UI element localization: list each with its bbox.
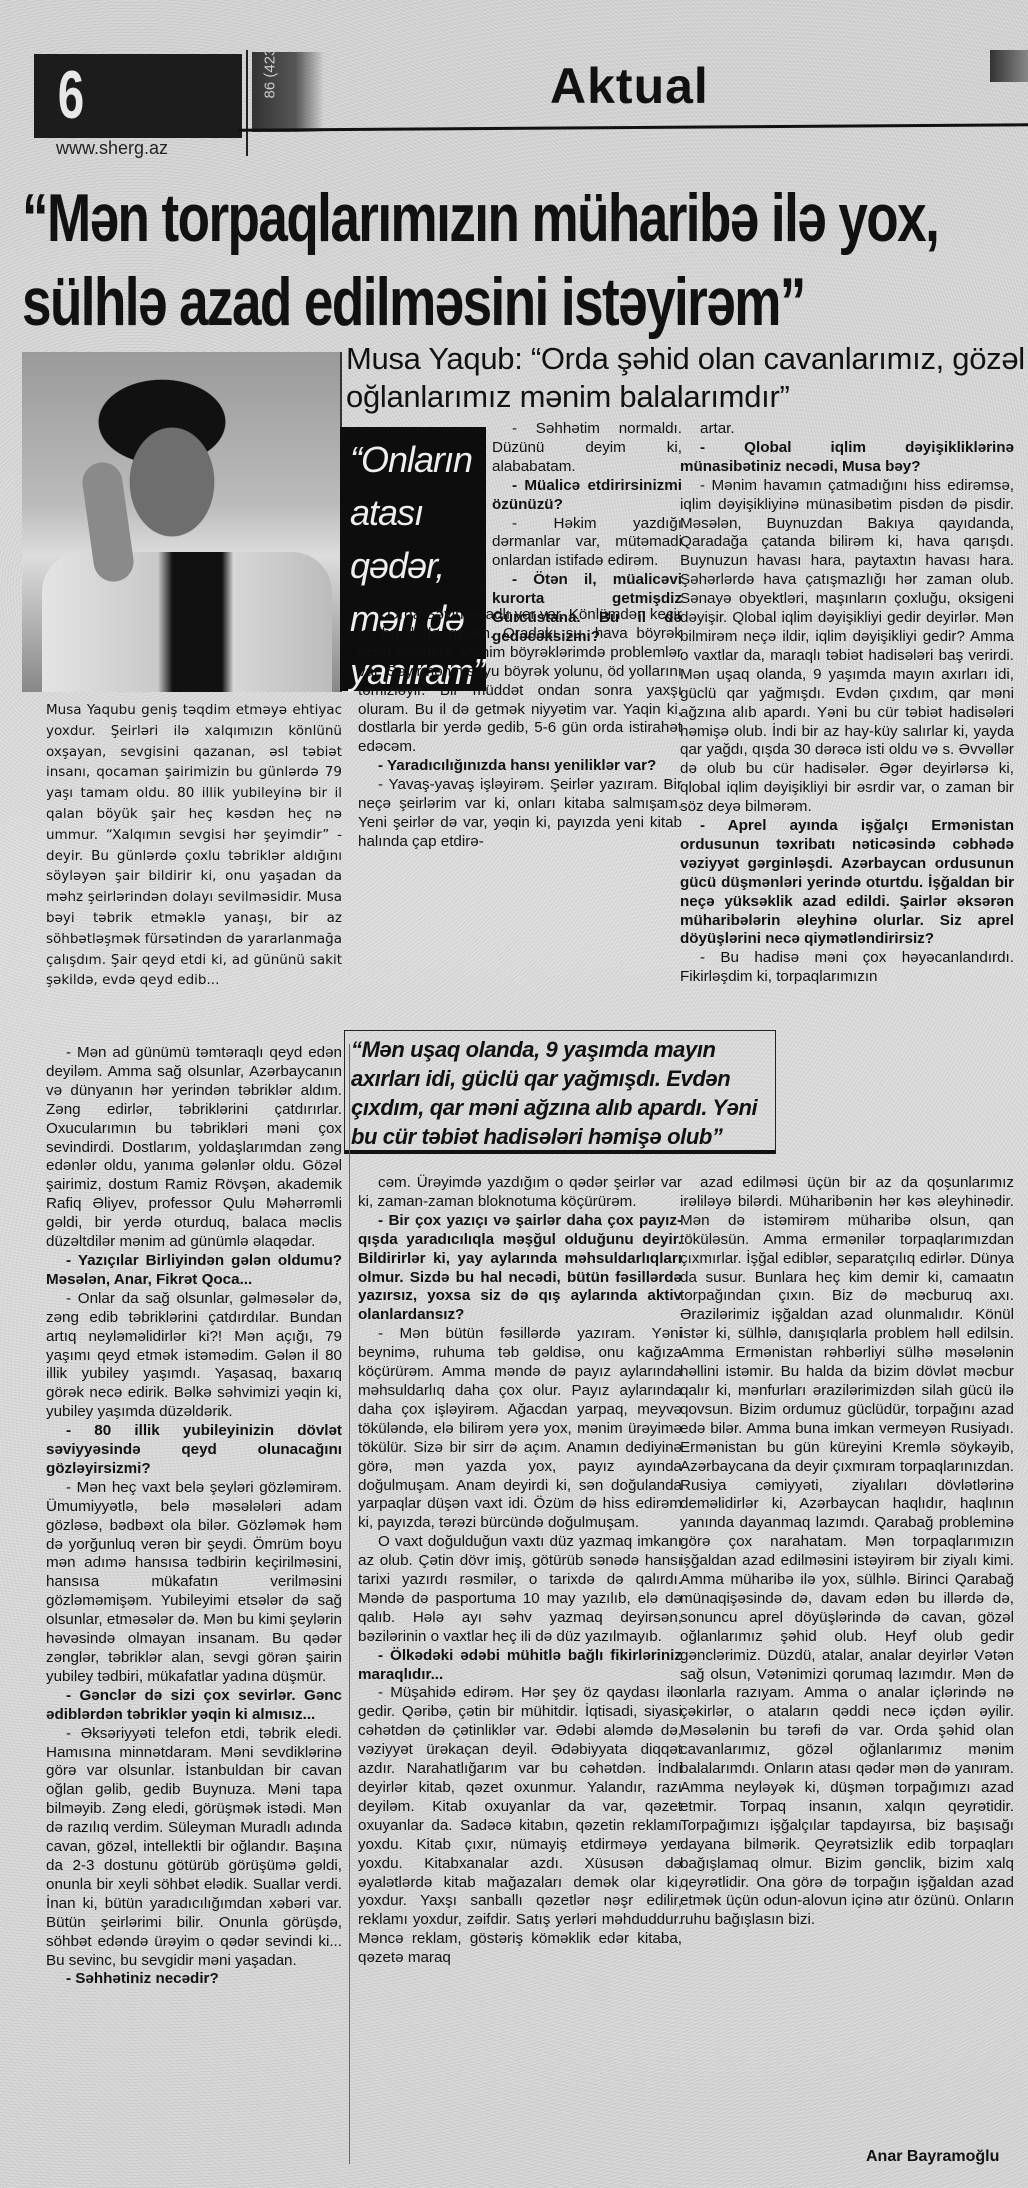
interview-question: - Bir çox yazıçı və şairlər daha çox pay… xyxy=(358,1212,682,1325)
boxed-pull-quote: “Mən uşaq olanda, 9 yaşımda mayın axırla… xyxy=(344,1030,776,1154)
page-number: 6 xyxy=(51,56,92,134)
portrait-photo xyxy=(22,352,342,692)
interview-question: - 80 illik yubileyinizin dövlət səviyyəs… xyxy=(46,1422,342,1479)
website-url: www.sherg.az xyxy=(56,138,168,159)
interview-question: - Ölkədəki ədəbi mühitlə bağlı fikirləri… xyxy=(358,1647,682,1685)
interview-answer: - Əksəriyyəti telefon etdi, təbrik eledi… xyxy=(46,1725,342,1971)
column-right-lower: azad edilməsi üçün bir az da qoşunlarımı… xyxy=(680,1174,1014,1930)
interview-answer: azad edilməsi üçün bir az da qoşunlarımı… xyxy=(680,1174,1014,1930)
interview-answer: - Mənim havamın çatmadığını hiss edirəms… xyxy=(680,477,1014,817)
issue-number: 86 (4239) xyxy=(262,59,279,99)
interview-question: - Aprel ayında işğalçı Ermənistan ordusu… xyxy=(680,817,1014,949)
corner-marker xyxy=(990,50,1028,82)
interview-answer: cəm. Ürəyimdə yazdığım o qədər şeirlər v… xyxy=(358,1174,682,1212)
column-left: - Mən ad günümü təmtəraqlı qeyd edən dey… xyxy=(46,1044,342,1989)
interview-question: - Qlobal iqlim dəyişikliklərinə münasibə… xyxy=(680,439,1014,477)
subheadline: Musa Yaqub: “Orda şəhid olan cavanlarımı… xyxy=(346,340,1026,416)
interview-answer: - Orda Səyirmə adlı yer var. Könlümdən k… xyxy=(358,606,682,757)
interview-answer: - Bu hadisə məni çox həyəcanlandırdı. Fi… xyxy=(680,949,1014,987)
masthead-divider xyxy=(246,50,248,156)
interview-answer: - Səhhətim normaldı. Düzünü deyim ki, al… xyxy=(492,420,682,477)
author-byline: Anar Bayramoğlu xyxy=(866,2148,999,2166)
intro-paragraph: Musa Yaqubu geniş təqdim etməyə ehtiyac … xyxy=(46,700,342,991)
section-title: Aktual xyxy=(550,56,709,116)
photo-figure xyxy=(42,552,332,692)
interview-question: - Müalicə etdirirsinizmi özünüzü? xyxy=(492,477,682,515)
interview-answer: - Müşahidə edirəm. Hər şey öz qaydası il… xyxy=(358,1684,682,1968)
interview-question: - Gənclər də sizi çox sevirlər. Gənc ədi… xyxy=(46,1687,342,1725)
interview-answer: artar. xyxy=(680,420,1014,439)
interview-answer: - Həkim yazdığı dərmanlar var, mütəmadi … xyxy=(492,515,682,572)
interview-answer: O vaxt doğulduğun vaxtı düz yazmaq imkan… xyxy=(358,1533,682,1646)
interview-answer: - Mən bütün fəsillərdə yazıram. Yəni bey… xyxy=(358,1325,682,1533)
column-right: artar.- Qlobal iqlim dəyişikliklərinə mü… xyxy=(680,420,1014,987)
interview-answer: - Onlar da sağ olsunlar, gəlməsələr də, … xyxy=(46,1290,342,1422)
interview-question: - Yaradıcılığınızda hansı yeniliklər var… xyxy=(358,757,682,776)
intro-text: Musa Yaqubu geniş təqdim etməyə ehtiyac … xyxy=(46,700,342,991)
interview-answer: - Yavaş-yavaş işləyirəm. Şeirlər yazıram… xyxy=(358,776,682,852)
interview-question: - Səhhətiniz necədir? xyxy=(46,1970,342,1989)
headline: “Mən torpaqlarımızın müharibə ilə yox, s… xyxy=(22,176,1028,344)
column-mid-lower: cəm. Ürəyimdə yazdığım o qədər şeirlər v… xyxy=(358,1174,682,1968)
column-separator xyxy=(349,1044,350,2164)
interview-answer: - Mən heç vaxt belə şeyləri gözləmirəm. … xyxy=(46,1479,342,1687)
interview-answer: - Mən ad günümü təmtəraqlı qeyd edən dey… xyxy=(46,1044,342,1252)
interview-question: - Yazıçılar Birliyindən gələn oldumu? Mə… xyxy=(46,1252,342,1290)
column-mid: - Orda Səyirmə adlı yer var. Könlümdən k… xyxy=(358,606,682,852)
